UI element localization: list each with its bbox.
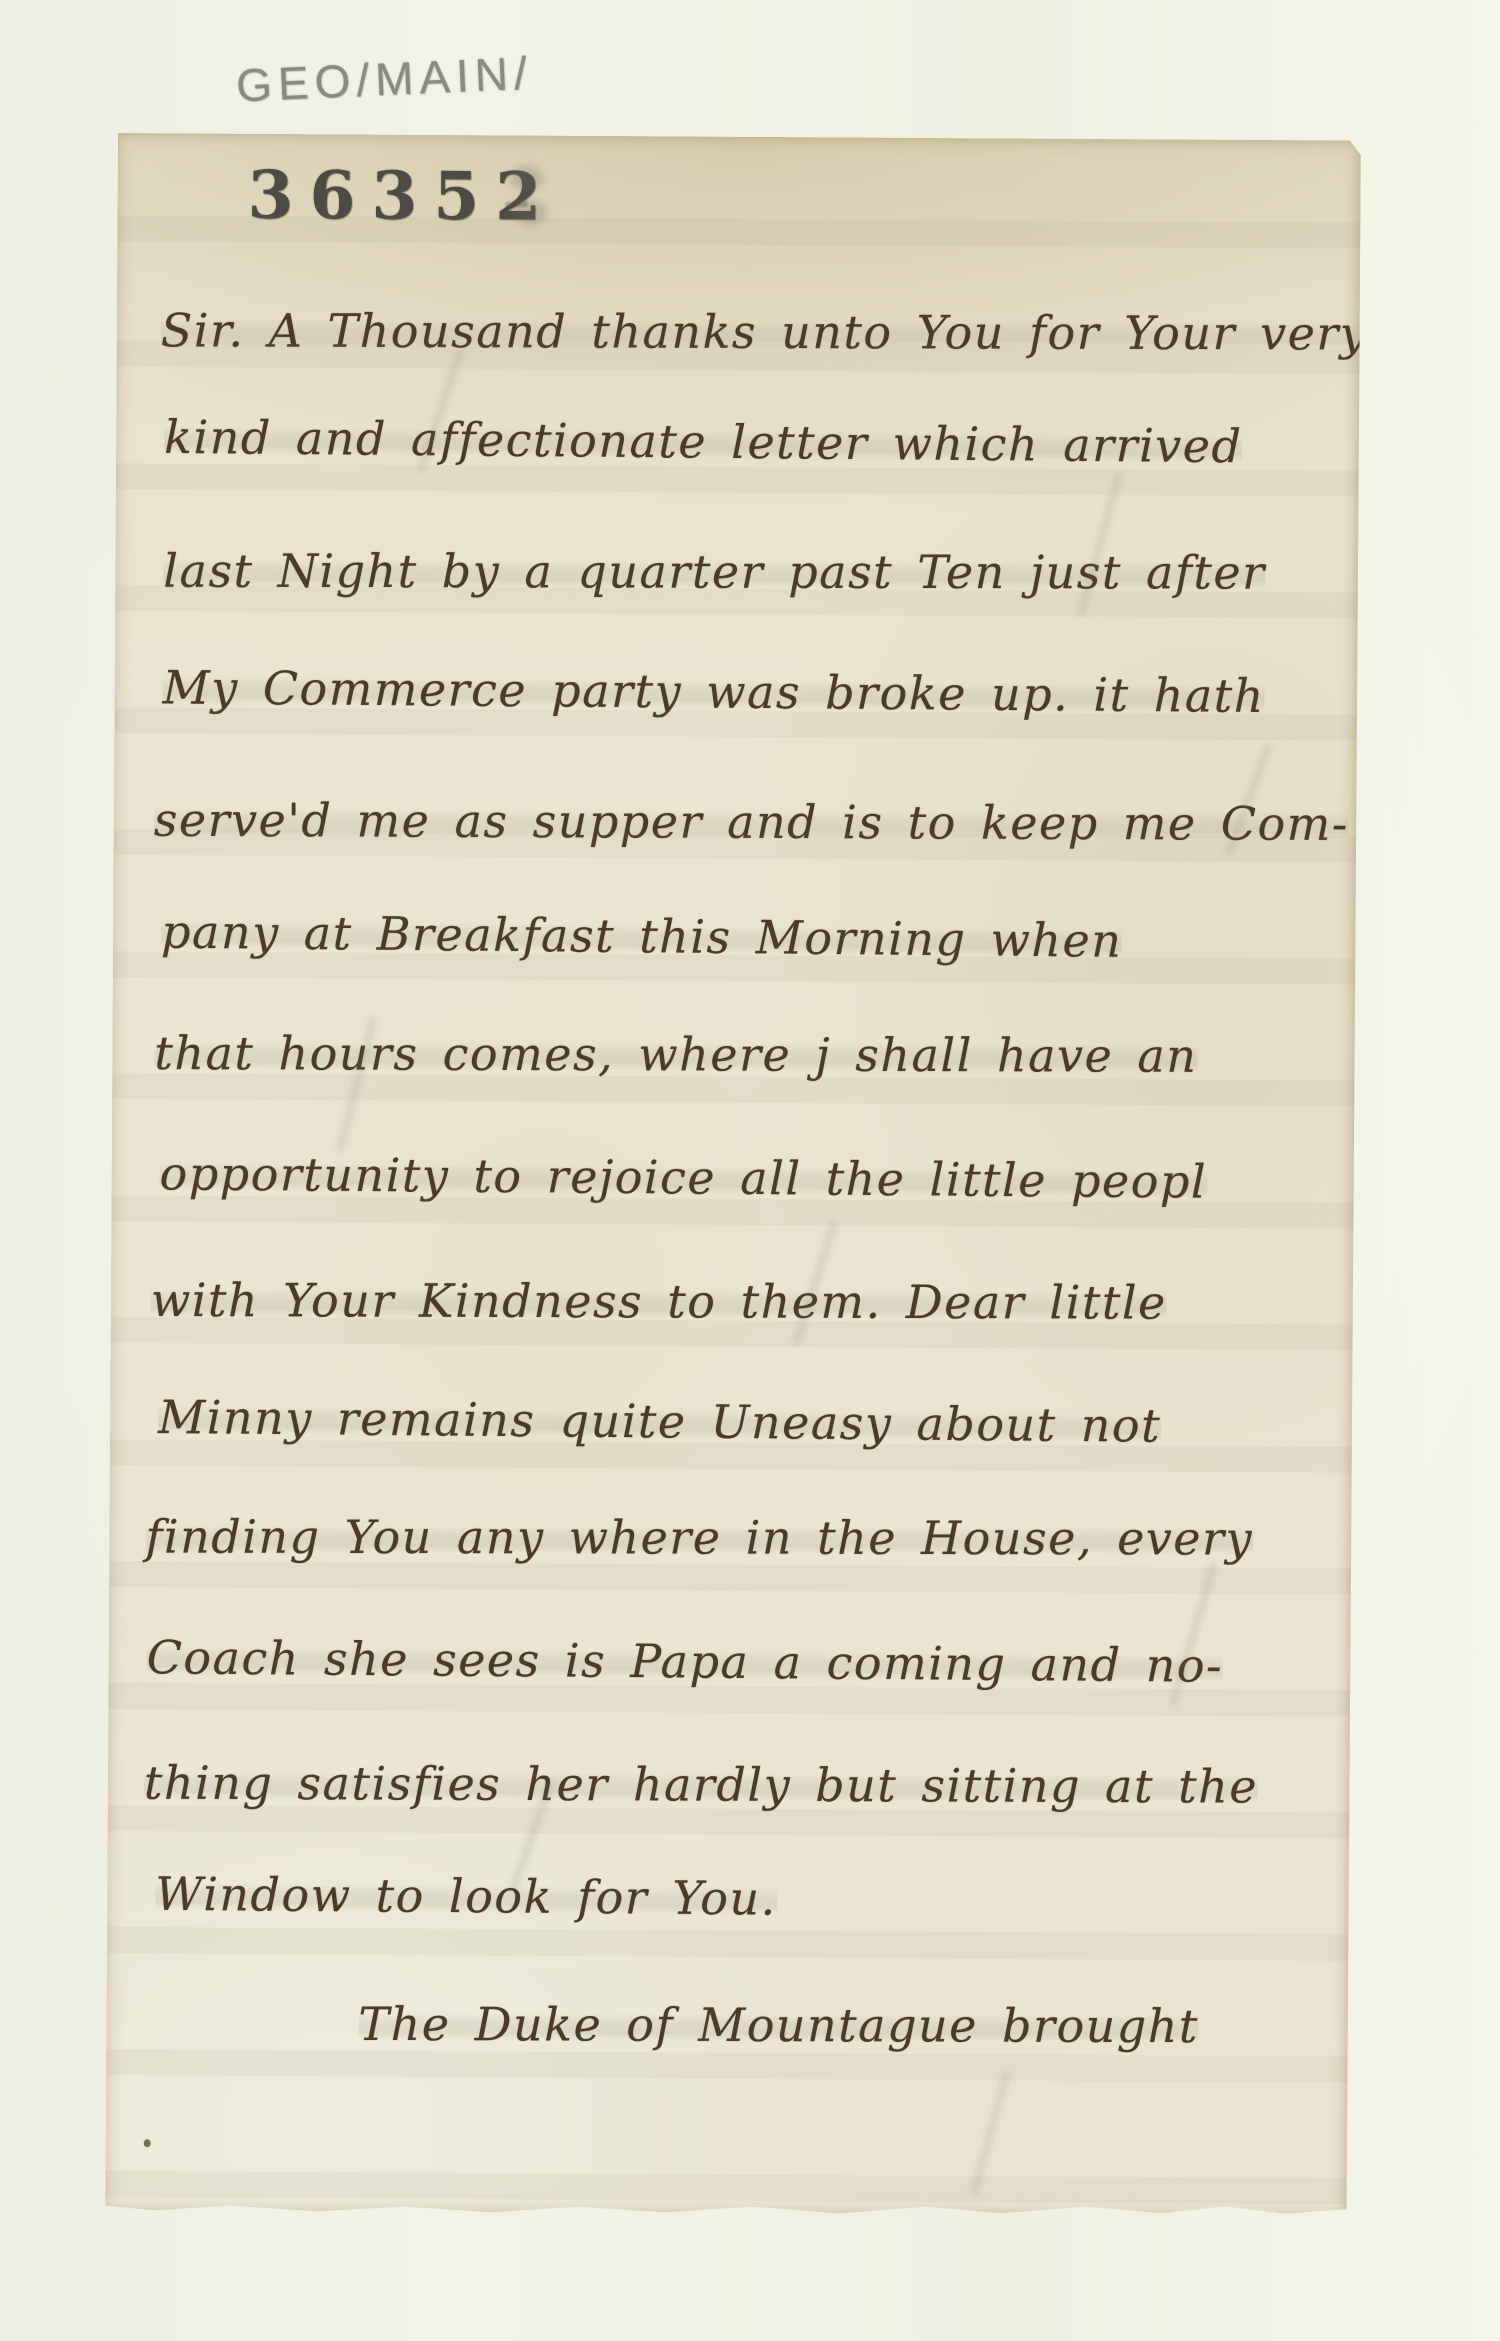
letter-line: kind and affectionate letter which arriv… [164,410,1243,475]
letter-closing-line: The Duke of Mountague brought [358,1997,1199,2054]
letter-line: serve'd me as supper and is to keep me C… [154,793,1349,852]
stamp-offset-smudge [510,165,544,191]
letter-line: that hours comes, where j shall have an [154,1026,1197,1084]
pencil-catalog-annotation: GEO/MAIN/ [235,46,534,113]
letter-line: Coach she sees is Papa a coming and no- [146,1630,1223,1694]
letter-line: Window to look for You. [155,1867,777,1927]
letter-line: My Commerce party was broke up. it hath [162,660,1265,724]
letter-line: Minny remains quite Uneasy about not [158,1390,1161,1454]
letter-line: Sir. A Thousand thanks unto You for Your… [161,303,1368,361]
letter-line: pany at Breakfast this Morning when [161,905,1123,969]
ink-speck [144,2139,151,2147]
accession-number-stamp: 36352 [247,156,557,236]
letter-line: last Night by a quarter past Ten just af… [163,544,1265,601]
stamp-offset-smudge [513,199,547,225]
scan-background: { "annotations": { "pencil_note": "GEO/M… [0,0,1500,2341]
letter-line: opportunity to rejoice all the little pe… [159,1146,1207,1209]
bleed-through-mark [969,2069,1012,2197]
letter-line: finding You any where in the House, ever… [145,1510,1253,1567]
letter-paper: 36352 Sir. A Thousand thanks unto You fo… [105,133,1361,2219]
letter-line: thing satisfies her hardly but sitting a… [144,1756,1258,1815]
letter-line: with Your Kindness to them. Dear little [151,1273,1167,1331]
